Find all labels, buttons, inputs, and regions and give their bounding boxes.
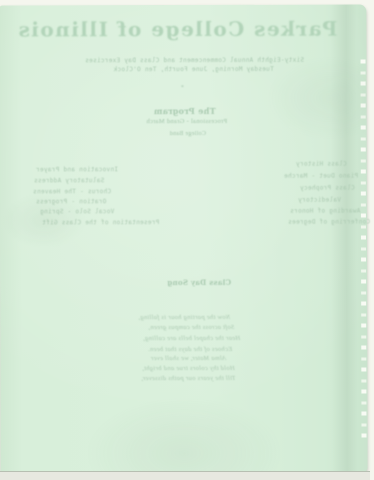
bleedthrough-masthead: Parkes College of Illinois: [47, 19, 337, 40]
bleedthrough-right-line: Valedictory: [298, 198, 341, 204]
bleedthrough-left-line: Salutatory Address: [34, 178, 104, 184]
bleedthrough-right-line: Conferring of Degrees: [288, 220, 370, 226]
bleedthrough-verse-line: Hear the chapel bells are calling,: [148, 336, 240, 343]
bleedthrough-right-line: Piano Duet - Marche: [284, 174, 358, 180]
bleedthrough-left-line: Invocation and Prayer: [36, 167, 118, 173]
bleedthrough-verse-line: Echoes of the days that been.: [148, 347, 232, 354]
deckled-edge: [361, 53, 367, 442]
bleedthrough-right-line: Awarding of Honors: [290, 209, 360, 215]
scanned-page: Parkes College of Illinois Sixty-Eighth …: [0, 0, 374, 480]
bleedthrough-program-sub-1: Processional - Grand March: [138, 119, 236, 126]
bleedthrough-program-title: The Program: [148, 107, 222, 115]
bleedthrough-program-sub-2: College Band: [160, 131, 216, 137]
bleedthrough-dateline-2: Tuesday Morning, June Fourth, Ten O'Cloc…: [108, 67, 280, 73]
paper-sheet: Parkes College of Illinois Sixty-Eighth …: [0, 5, 368, 473]
bleedthrough-left-line: Oration - Progress: [36, 199, 106, 205]
bleedthrough-verse-line: Alma Mater, we shall ever: [140, 356, 236, 363]
bleedthrough-verse-line: Now the parting hour is falling,: [124, 315, 244, 322]
bleedthrough-verse-line: Till the years our paths dissever,: [138, 376, 238, 383]
bleedthrough-ornament: *: [181, 85, 184, 91]
bleedthrough-right-line: Class Prophecy: [300, 186, 355, 192]
bleedthrough-right-line: Class History: [296, 162, 347, 168]
paper-curl-shading: [330, 5, 357, 472]
bleedthrough-verse-line: Hold thy colors true and bright,: [132, 366, 244, 373]
bleedthrough-left-line: Vocal Solo - Spring: [40, 209, 114, 215]
scan-bottom-shadow: [0, 471, 370, 480]
bleedthrough-verse-line: Soft across the campus green,: [145, 325, 237, 332]
bleedthrough-left-line: Chorus - The Heavens: [33, 189, 111, 195]
bleedthrough-section-heading: Class Day Song: [152, 279, 246, 286]
bleedthrough-left-line: Presentation of the Class Gift: [42, 220, 159, 226]
bleedthrough-dateline-1: Sixty-Eighth Annual Commencement and Cla…: [84, 58, 306, 65]
